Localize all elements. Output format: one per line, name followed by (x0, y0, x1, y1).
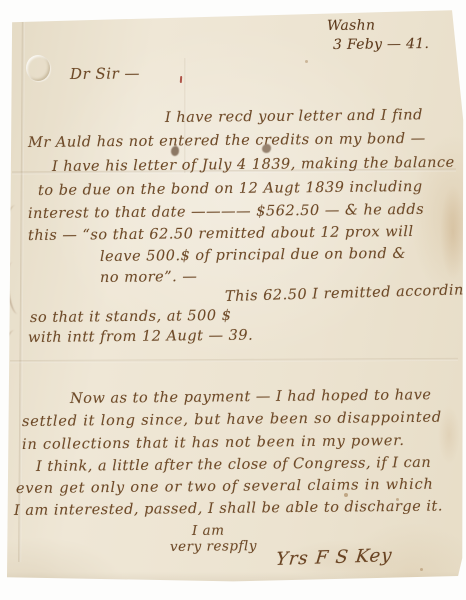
letter-line: Now as to the payment — I had hoped to h… (70, 387, 432, 407)
letter-line: I have his letter of July 4 1839, making… (52, 155, 455, 175)
salutation: Dr Sir — (70, 64, 140, 83)
embossed-seal (26, 55, 50, 81)
letter-line: with intt from 12 Augt — 39. (28, 328, 253, 346)
letter-line: this — “so that 62.50 remitted about 12 … (28, 224, 414, 244)
closing-line: I am (192, 523, 225, 539)
horizontal-fold-crease (10, 358, 458, 363)
letter-line: interest to that date ———— $562.50 — & h… (28, 202, 424, 222)
red-ink-mark (180, 76, 182, 83)
letter-line: even get only one or two of several clai… (16, 477, 434, 497)
letter-line: to be due on the bond on 12 Augt 1839 in… (38, 179, 423, 199)
reverse-writing-showthrough (4, 261, 25, 314)
letter-line: settled it long since, but have been so … (22, 410, 442, 430)
foxing-speck (305, 60, 308, 63)
letter-line: in collections that it has not been in m… (22, 433, 405, 453)
reverse-writing-showthrough (0, 329, 22, 371)
letter-line: This 62.50 I remitted accordingly (225, 282, 466, 305)
letter-photo: Washn 3 Feby — 41. Dr Sir — I have recd … (0, 0, 466, 600)
signature: Yrs F S Key (275, 545, 394, 570)
letter-paper: Washn 3 Feby — 41. Dr Sir — I have recd … (0, 0, 466, 600)
letter-line: I have recd your letter and I find (165, 107, 423, 126)
letter-line: I am interested, passed, I shall be able… (14, 499, 443, 519)
letter-line: no more”. — (100, 269, 197, 286)
closing-line: very respfly (170, 538, 257, 555)
letter-line: Mr Auld has not entered the credits on m… (28, 131, 426, 151)
foxing-speck (420, 568, 423, 571)
letter-line: leave 500.$ of principal due on bond & (100, 246, 406, 265)
dateline-date: 3 Feby — 41. (333, 36, 429, 53)
edge-stain (440, 185, 466, 280)
letter-line: so that it stands, at 500 $ (30, 308, 232, 326)
dateline-place: Washn (327, 17, 375, 34)
letter-line: I think, a little after the close of Con… (36, 455, 431, 475)
reverse-writing-showthrough (1, 204, 23, 252)
foxing-speck (344, 493, 348, 497)
